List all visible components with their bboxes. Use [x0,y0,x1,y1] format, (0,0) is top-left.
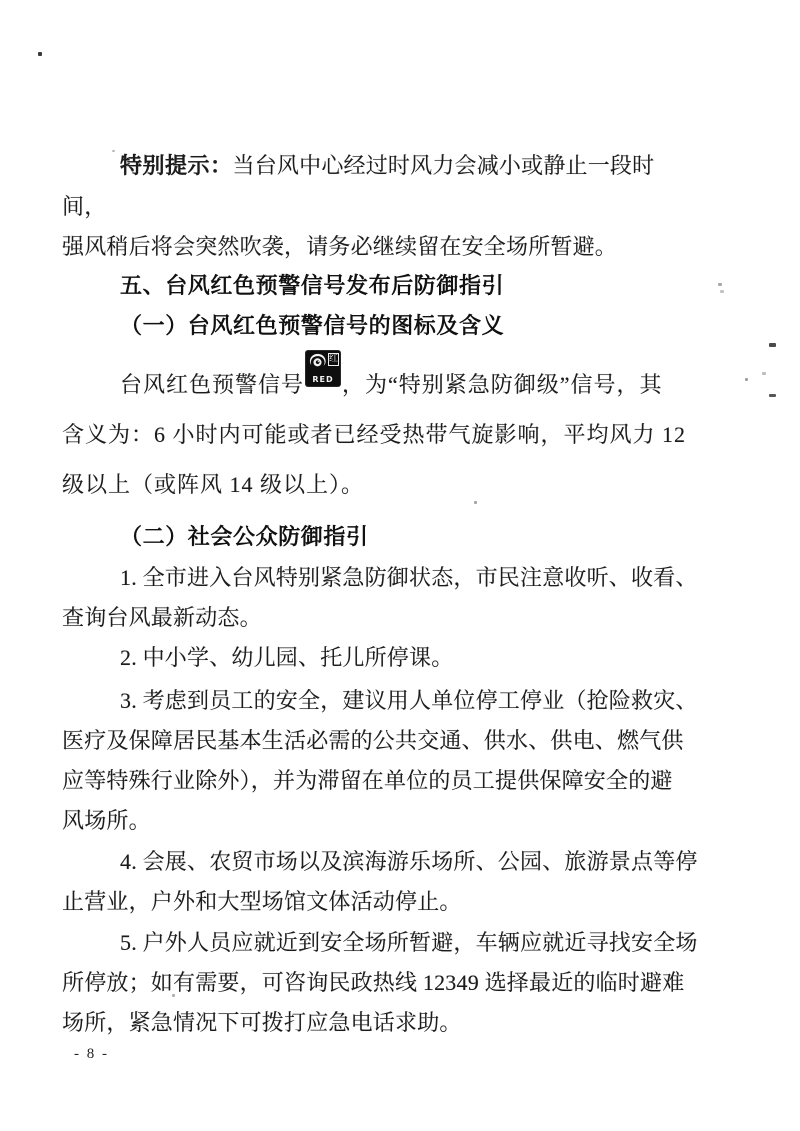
page-number: - 8 - [74,1046,109,1063]
scanned-document-page: 特别提示：当台风中心经过时风力会减小或静止一段时间， 强风稍后将会突然吹袭，请务… [0,0,800,1131]
scan-speck [38,52,42,56]
scan-speck [172,994,175,997]
special-notice-paragraph: 特别提示：当台风中心经过时风力会减小或静止一段时间， 强风稍后将会突然吹袭，请务… [62,146,698,267]
scan-speck [720,290,724,293]
scan-speck [718,283,722,286]
scan-speck [745,378,748,381]
guideline-item-5: 5. 户外人员应就近到安全场所暂避，车辆应就近寻找安全场 所停放；如有需要，可咨… [62,923,698,1043]
scan-speck [762,372,766,375]
signal-text-before-icon: 台风红色预警信号 [120,372,304,397]
scan-speck [769,394,776,397]
guideline-item-3: 3. 考虑到员工的安全，建议用人单位停工停业（抢险救灾、 医疗及保障居民基本生活… [62,681,698,841]
subsection-1-heading: （一）台风红色预警信号的图标及含义 [62,307,698,347]
special-notice-lead: 特别提示： [120,154,233,179]
typhoon-spiral-icon [307,352,328,373]
scan-speck [112,150,115,152]
guideline-item-1: 1. 全市进入台风特别紧急防御状态，市民注意收听、收看、 查询台风最新动态。 [62,558,698,638]
signal-icon-cn-label: 红 [328,353,339,366]
guideline-item-4: 4. 会展、农贸市场以及滨海游乐场所、公园、旅游景点等停 止营业，户外和大型场馆… [62,842,698,922]
scan-speck [474,501,477,504]
scan-speck [769,343,776,347]
typhoon-red-warning-icon: 红RED [306,351,340,386]
subsection-2-heading: （二）社会公众防御指引 [62,518,698,558]
section-5-heading: 五、台风红色预警信号发布后防御指引 [62,267,698,307]
signal-icon-en-label: RED [306,375,340,385]
guideline-item-2: 2. 中小学、幼儿园、托儿所停课。 [62,638,698,678]
document-body: 特别提示：当台风中心经过时风力会减小或静止一段时间， 强风稍后将会突然吹袭，请务… [62,146,698,1043]
signal-definition-paragraph: 台风红色预警信号红RED，为“特别紧急防御级”信号，其 含义为：6 小时内可能或… [62,351,698,510]
